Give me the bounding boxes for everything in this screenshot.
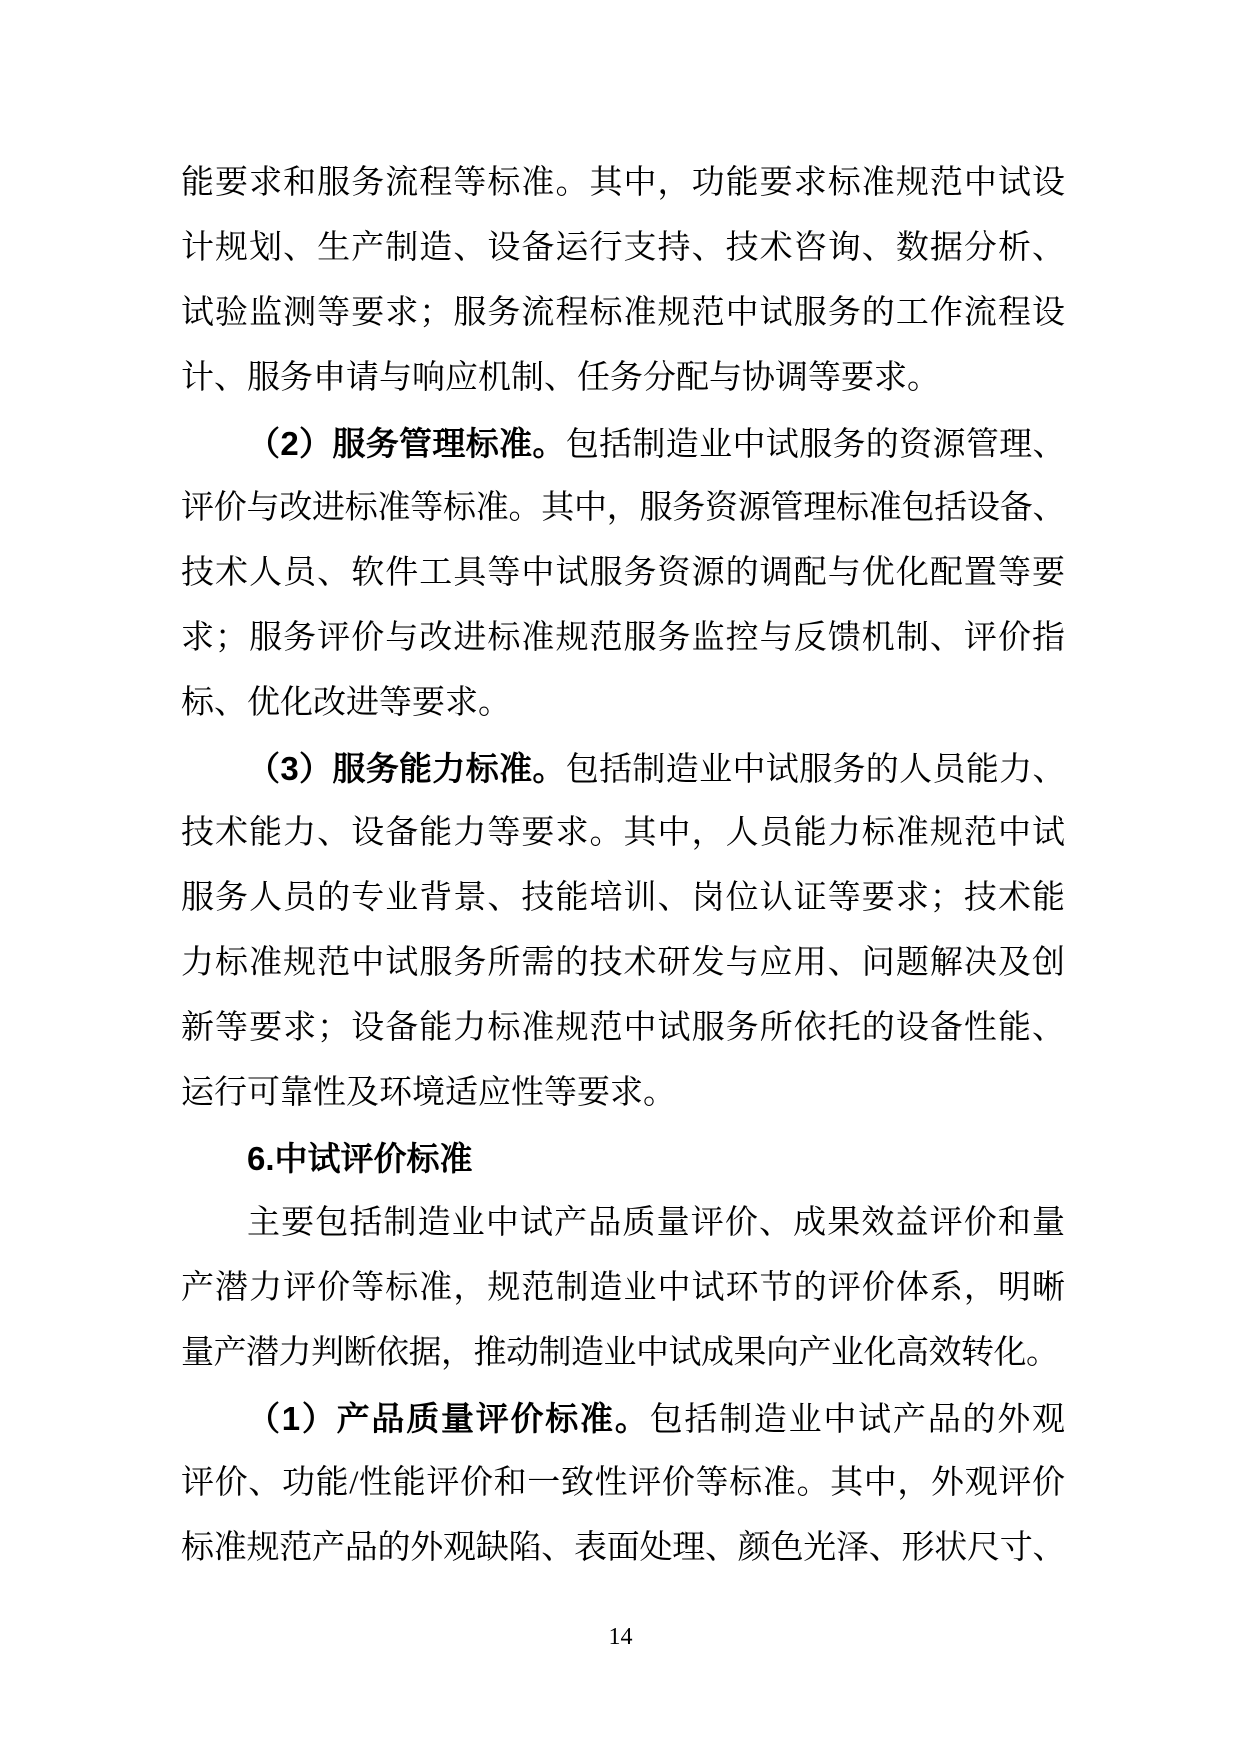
text-segment: 新等要求；设备能力标准规范中试服务所依托的设备性能、 xyxy=(181,1010,1065,1046)
text-line: 标准规范产品的外观缺陷、表面处理、颜色光泽、形状尺寸、 xyxy=(181,1516,1065,1581)
document-page: 能要求和服务流程等标准。其中，功能要求标准规范中试设计规划、生产制造、设备运行支… xyxy=(0,0,1241,1754)
text-line: 求；服务评价与改进标准规范服务监控与反馈机制、评价指 xyxy=(181,606,1065,671)
text-segment: 标准规范产品的外观缺陷、表面处理、颜色光泽、形状尺寸、 xyxy=(181,1530,1065,1566)
text-line: 力标准规范中试服务所需的技术研发与应用、问题解决及创 xyxy=(181,931,1065,996)
text-line: 技术能力、设备能力等要求。其中，人员能力标准规范中试 xyxy=(181,801,1065,866)
text-segment: 包括制造业中试服务的人员能力、 xyxy=(566,752,1065,788)
text-line: （2）服务管理标准。包括制造业中试服务的资源管理、 xyxy=(181,411,1065,476)
text-segment: 标、优化改进等要求。 xyxy=(181,685,511,721)
bold-text-segment: （2）服务管理标准。 xyxy=(247,425,566,462)
text-segment: 试验监测等要求；服务流程标准规范中试服务的工作流程设 xyxy=(181,295,1065,331)
text-segment: 技术人员、软件工具等中试服务资源的调配与优化配置等要 xyxy=(181,555,1065,591)
bold-text-segment: （1）产品质量评价标准。 xyxy=(247,1400,650,1437)
text-segment: 计、服务申请与响应机制、任务分配与协调等要求。 xyxy=(181,360,940,396)
page-footer: 14 xyxy=(0,1622,1241,1652)
text-line: 技术人员、软件工具等中试服务资源的调配与优化配置等要 xyxy=(181,541,1065,606)
text-segment: 技术能力、设备能力等要求。其中，人员能力标准规范中试 xyxy=(181,815,1065,851)
text-segment: 计规划、生产制造、设备运行支持、技术咨询、数据分析、 xyxy=(181,230,1065,266)
text-line: 产潜力评价等标准，规范制造业中试环节的评价体系，明晰 xyxy=(181,1256,1065,1321)
text-line: 新等要求；设备能力标准规范中试服务所依托的设备性能、 xyxy=(181,996,1065,1061)
text-line: 试验监测等要求；服务流程标准规范中试服务的工作流程设 xyxy=(181,281,1065,346)
text-segment: 量产潜力判断依据，推动制造业中试成果向产业化高效转化。 xyxy=(181,1335,1059,1371)
text-line: 能要求和服务流程等标准。其中，功能要求标准规范中试设 xyxy=(181,151,1065,216)
text-line: 量产潜力判断依据，推动制造业中试成果向产业化高效转化。 xyxy=(181,1321,1065,1386)
text-segment: 运行可靠性及环境适应性等要求。 xyxy=(181,1075,676,1111)
text-segment: 主要包括制造业中试产品质量评价、成果效益评价和量 xyxy=(247,1205,1065,1241)
text-line: 评价、功能/性能评价和一致性评价等标准。其中，外观评价 xyxy=(181,1451,1065,1516)
text-segment: 服务人员的专业背景、技能培训、岗位认证等要求；技术能 xyxy=(181,880,1065,916)
text-line: 标、优化改进等要求。 xyxy=(181,671,1065,736)
text-line: 运行可靠性及环境适应性等要求。 xyxy=(181,1061,1065,1126)
text-line: 主要包括制造业中试产品质量评价、成果效益评价和量 xyxy=(181,1191,1065,1256)
text-segment: 评价、功能/性能评价和一致性评价等标准。其中，外观评价 xyxy=(181,1465,1065,1501)
text-segment: 能要求和服务流程等标准。其中，功能要求标准规范中试设 xyxy=(181,165,1065,201)
text-line: 计规划、生产制造、设备运行支持、技术咨询、数据分析、 xyxy=(181,216,1065,281)
text-segment: 求；服务评价与改进标准规范服务监控与反馈机制、评价指 xyxy=(181,620,1065,656)
text-line: （3）服务能力标准。包括制造业中试服务的人员能力、 xyxy=(181,736,1065,801)
text-line: （1）产品质量评价标准。包括制造业中试产品的外观 xyxy=(181,1386,1065,1451)
text-segment: 产潜力评价等标准，规范制造业中试环节的评价体系，明晰 xyxy=(181,1270,1065,1306)
document-body: 能要求和服务流程等标准。其中，功能要求标准规范中试设计规划、生产制造、设备运行支… xyxy=(181,151,1065,1581)
text-line: 6.中试评价标准 xyxy=(181,1126,1065,1191)
text-line: 计、服务申请与响应机制、任务分配与协调等要求。 xyxy=(181,346,1065,411)
text-segment: 评价与改进标准等标准。其中，服务资源管理标准包括设备、 xyxy=(181,490,1065,526)
page-number: 14 xyxy=(609,1624,633,1650)
text-line: 服务人员的专业背景、技能培训、岗位认证等要求；技术能 xyxy=(181,866,1065,931)
text-line: 评价与改进标准等标准。其中，服务资源管理标准包括设备、 xyxy=(181,476,1065,541)
bold-text-segment: （3）服务能力标准。 xyxy=(247,750,566,787)
text-segment: 力标准规范中试服务所需的技术研发与应用、问题解决及创 xyxy=(181,945,1065,981)
bold-text-segment: 6.中试评价标准 xyxy=(247,1140,473,1177)
text-segment: 包括制造业中试服务的资源管理、 xyxy=(566,427,1065,463)
text-segment: 包括制造业中试产品的外观 xyxy=(650,1402,1065,1438)
